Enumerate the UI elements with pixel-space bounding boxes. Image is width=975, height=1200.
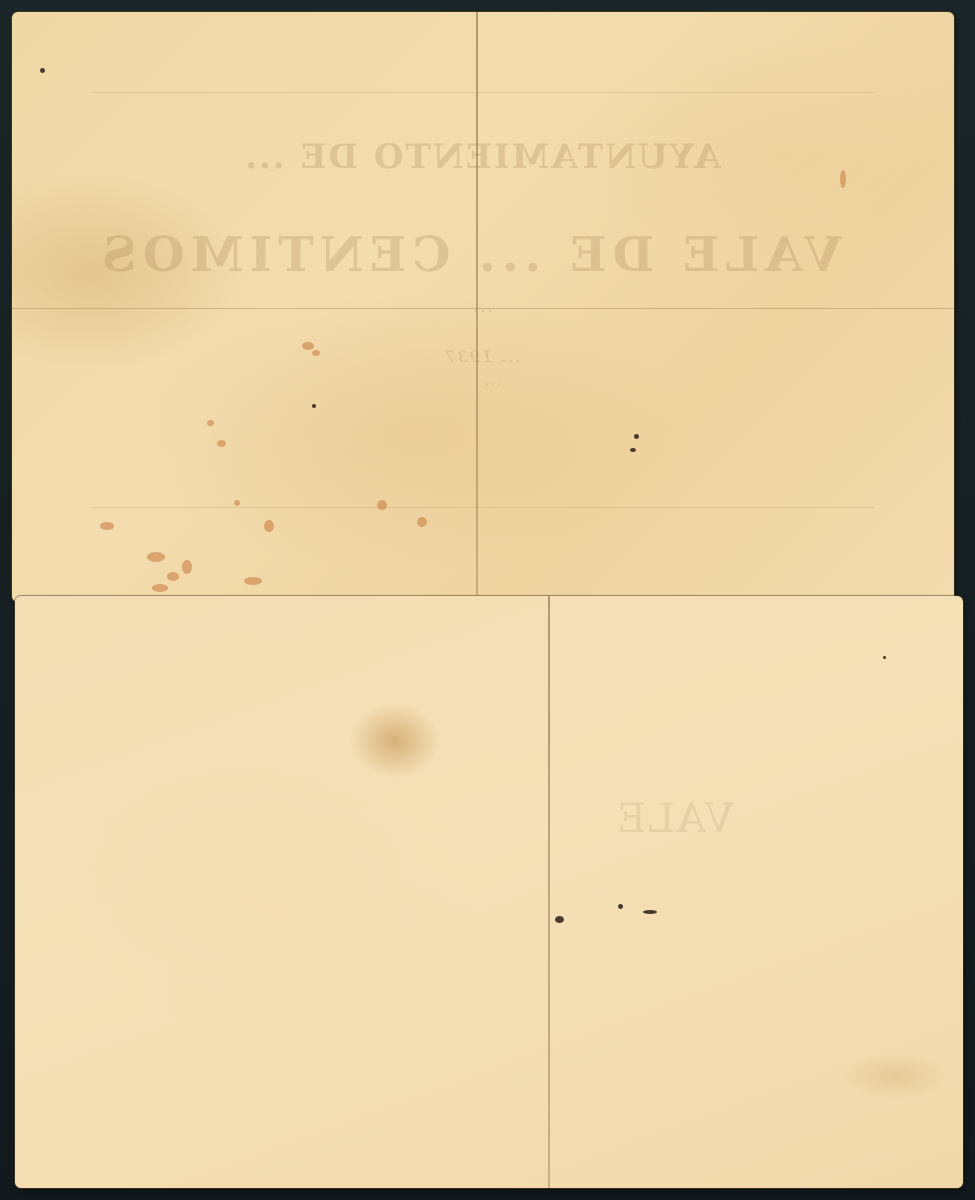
foxing-stain	[207, 420, 214, 426]
mirrored-ghost-value: VALE	[615, 796, 734, 842]
ink-speck	[312, 404, 316, 408]
ink-speck	[40, 68, 45, 73]
ink-speck	[555, 916, 564, 923]
foxing-stain	[840, 170, 846, 188]
mirrored-ghost-line: ...	[172, 374, 812, 389]
vertical-fold-crease	[548, 596, 550, 1188]
foxing-stain	[377, 500, 387, 510]
ink-speck	[618, 904, 623, 909]
foxing-stain	[167, 572, 179, 581]
ink-speck	[634, 434, 639, 439]
ghost-frame-line	[92, 507, 874, 508]
foxing-stain	[217, 440, 226, 447]
top-note-reverse: AYUNTAMIENTO DE ... VALE DE ... CENTIMOS…	[12, 12, 954, 602]
mirrored-ghost-line: ...	[72, 297, 892, 316]
bottom-note-reverse: VALE	[15, 596, 963, 1188]
foxing-stain	[302, 342, 314, 350]
ink-speck	[643, 910, 657, 914]
foxing-stain	[152, 584, 168, 592]
mirrored-ghost-title: AYUNTAMIENTO DE ...	[122, 137, 842, 177]
ink-speck	[883, 656, 886, 659]
mirrored-ghost-value: VALE DE ... CENTIMOS	[122, 227, 842, 283]
mirrored-ghost-line: ... 1937	[72, 347, 892, 366]
ghost-frame-line	[92, 92, 874, 93]
foxing-stain	[100, 522, 114, 530]
ink-speck	[630, 448, 636, 452]
foxing-stain	[147, 552, 165, 562]
foxing-stain	[182, 560, 192, 574]
foxing-stain	[244, 577, 262, 585]
foxing-stain	[234, 500, 240, 506]
foxing-stain	[264, 520, 274, 532]
foxing-stain	[312, 350, 320, 356]
foxing-stain	[417, 517, 427, 527]
